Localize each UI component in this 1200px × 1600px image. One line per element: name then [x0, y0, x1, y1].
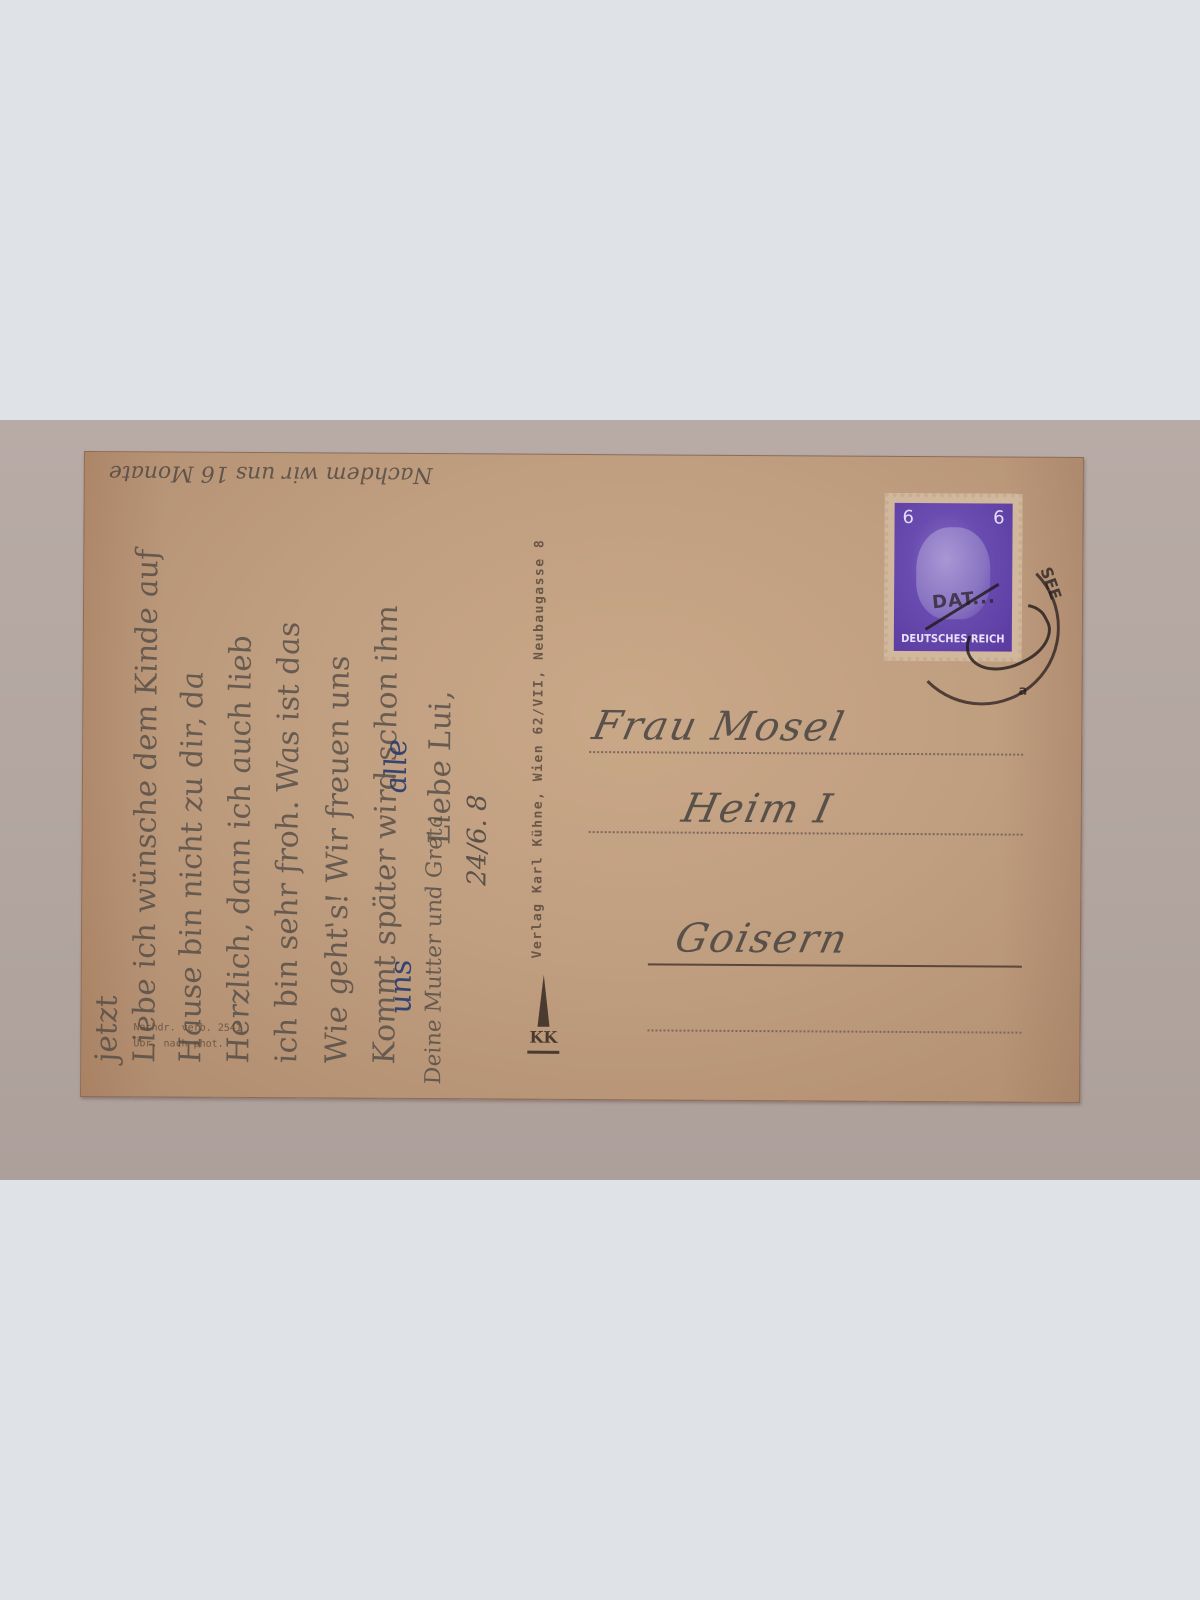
address-line-2: Heim I — [678, 786, 838, 833]
handwriting-line: Wie geht's! Wir freuen uns — [319, 491, 358, 1066]
stamp-value-right: 6 — [993, 508, 1005, 529]
address-line-3: Goisern — [671, 916, 853, 963]
date: 24/6. 8 — [462, 794, 493, 886]
publisher-logo-icon: KK — [523, 975, 564, 1065]
publisher-imprint: Verlag Karl Kühne, Wien 62/VII, Neubauga… — [530, 539, 548, 959]
handwriting-line: Liebe ich wünsche dem Kinde auf — [127, 490, 166, 1065]
address-rule-3 — [648, 963, 1022, 967]
spire-icon — [537, 975, 549, 1027]
stamp-value-left: 6 — [903, 507, 915, 528]
publisher-logo-letters: KK — [527, 1027, 559, 1054]
printed-note-line2: Übr. nach phot. — [133, 1038, 223, 1050]
salutation: Liebe Lui, — [423, 542, 460, 847]
handwriting-line: Hause bin nicht zu dir, da — [173, 490, 212, 1065]
address-line-1: Frau Mosel — [588, 703, 849, 750]
closing-signature: Deine Mutter und Greta — [421, 972, 447, 1085]
handwriting-line: Herzlich, dann ich auch lieb — [221, 491, 260, 1066]
handwriting-line: ich bin sehr froh. Was ist das — [269, 491, 308, 1066]
address-rule-2 — [589, 831, 1023, 836]
postcard-photo: Nachdem wir uns 16 Monate jetzt Liebe ic… — [0, 420, 1200, 1180]
handwriting-line: jetzt — [89, 500, 127, 1065]
address-rule-4 — [647, 1029, 1021, 1033]
address-rule-1 — [589, 751, 1023, 756]
handwriting-top-line: Nachdem wir uns 16 Monate — [109, 460, 433, 487]
postmark-letter: a — [1018, 684, 1027, 699]
handwriting-blue-word: alle — [379, 702, 415, 797]
postcard: Nachdem wir uns 16 Monate jetzt Liebe ic… — [80, 451, 1084, 1103]
printed-note-line1: Nachdr. verb. 2541 — [133, 1022, 241, 1034]
handwriting-blue-word: uns — [384, 932, 420, 1017]
